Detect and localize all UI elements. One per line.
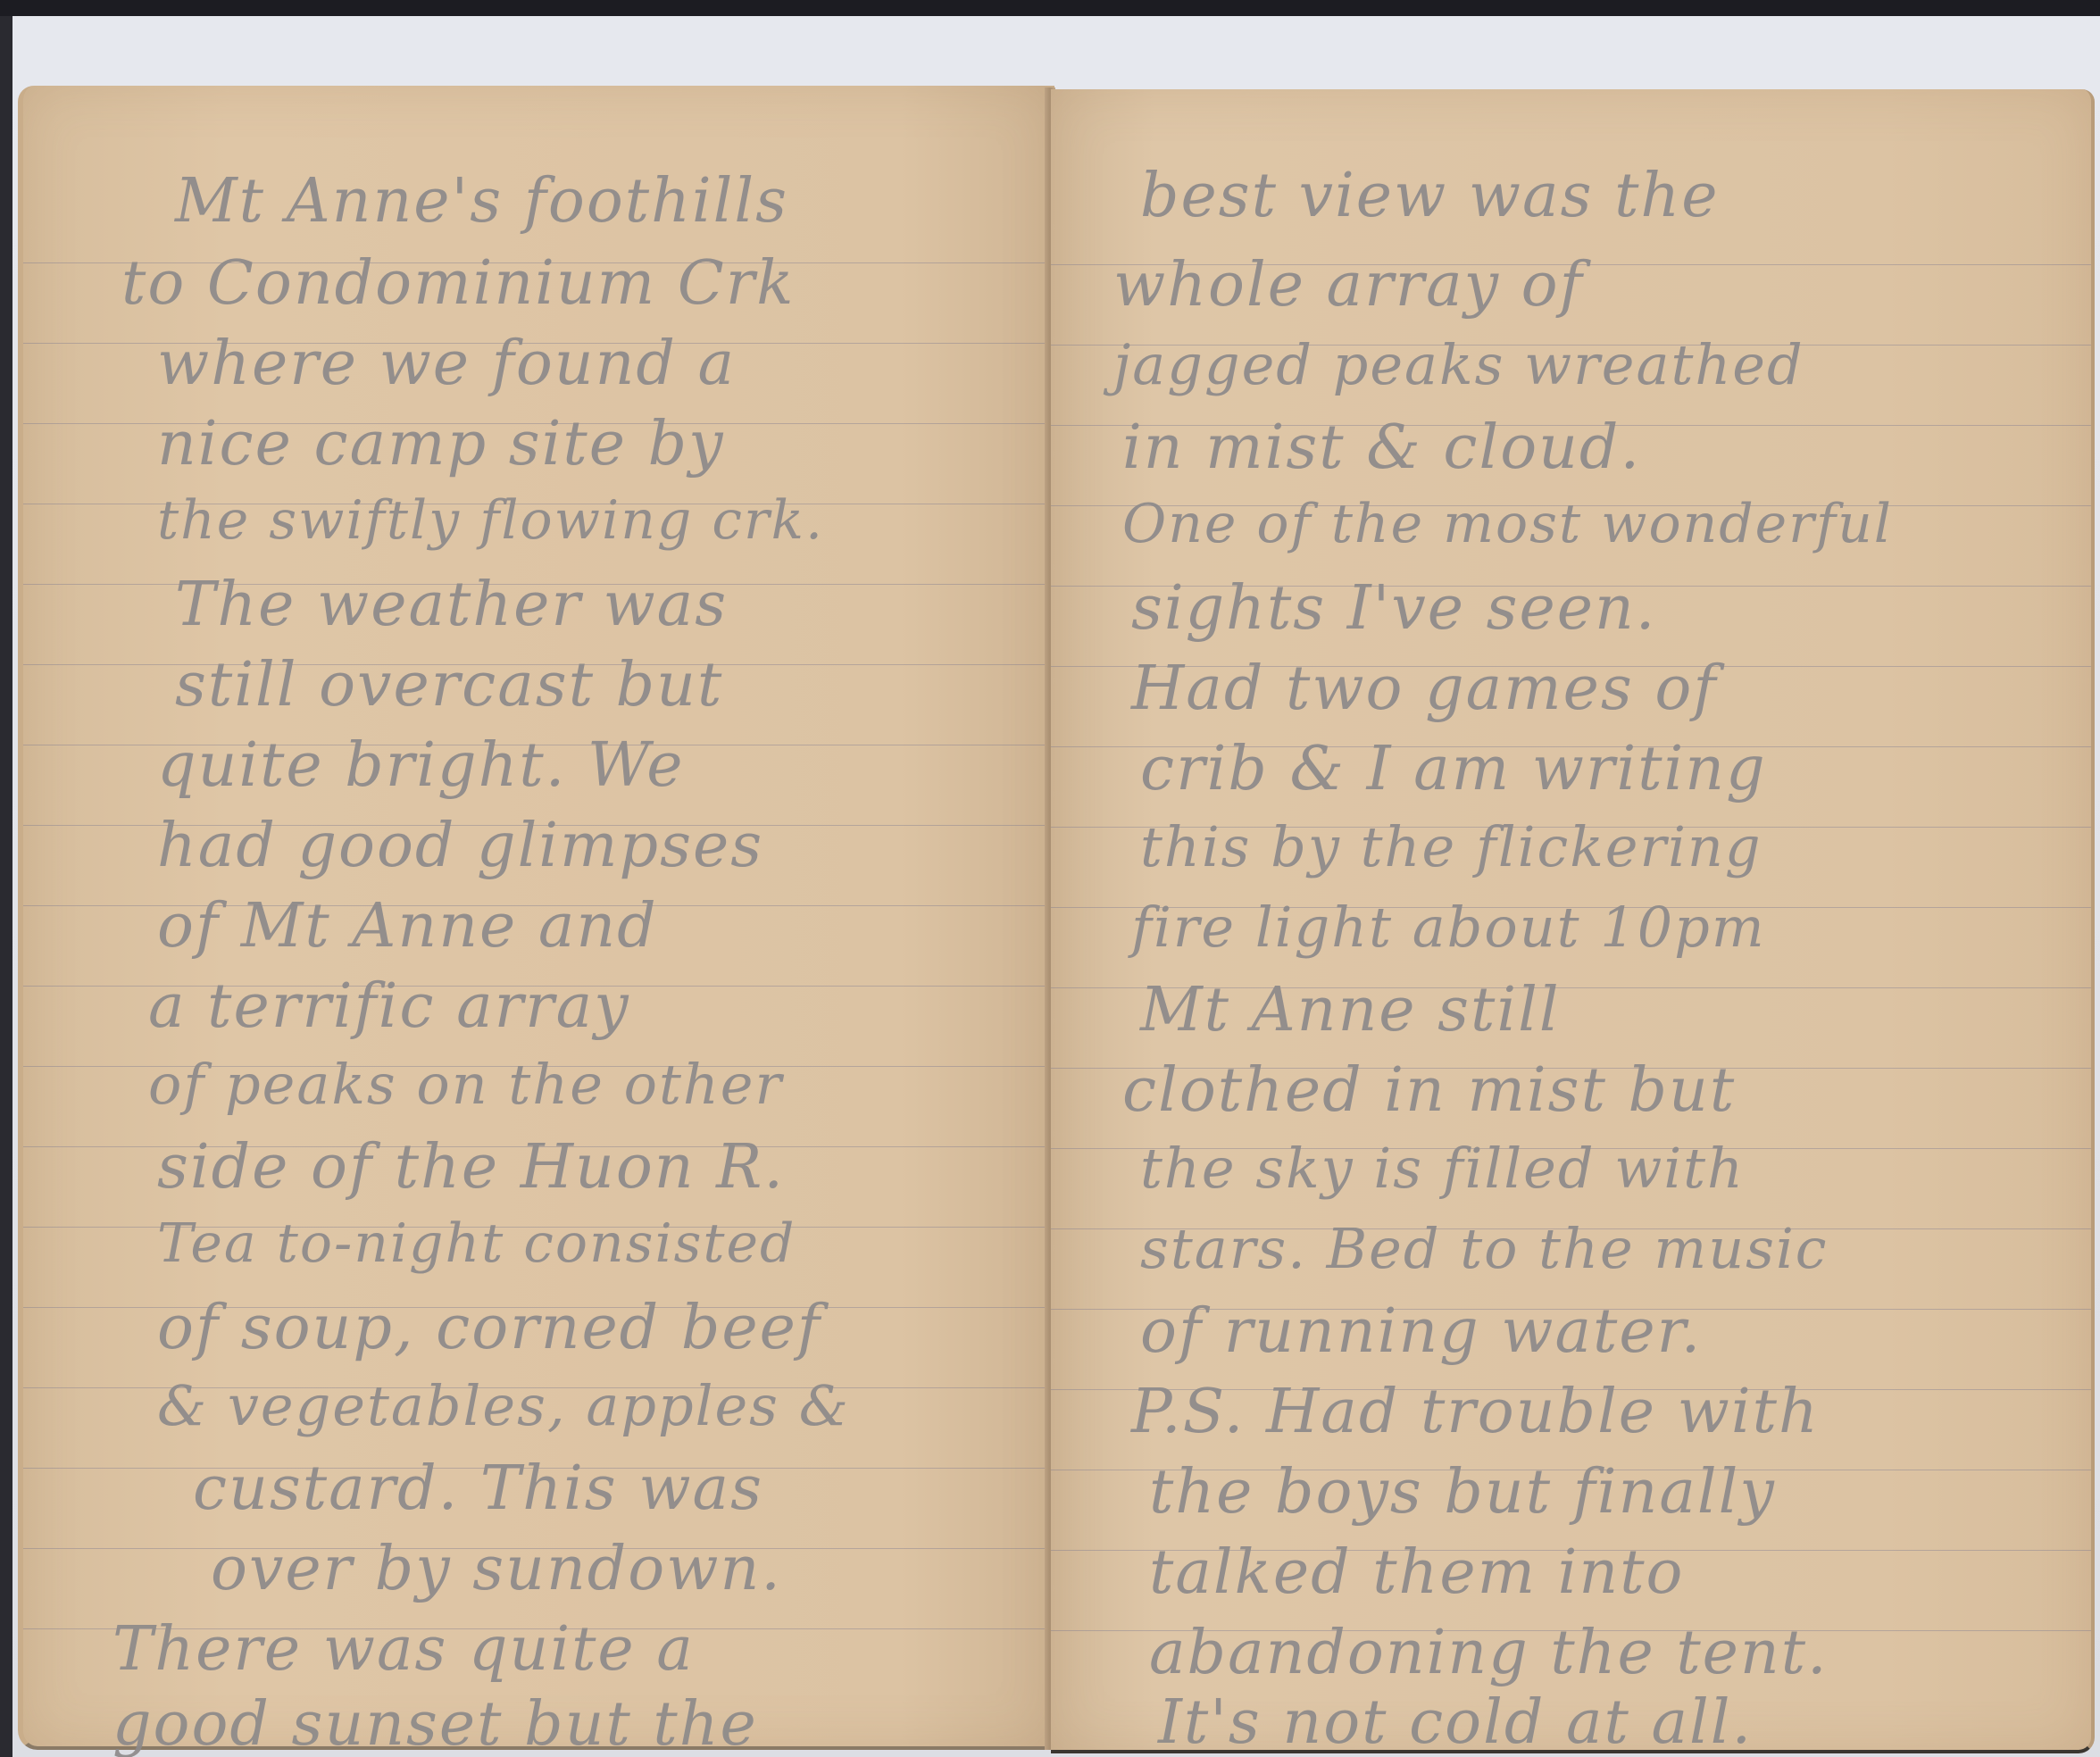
handwritten-line: P.S. Had trouble with (1131, 1377, 1820, 1447)
handwritten-line: jagged peaks wreathed (1113, 332, 1804, 397)
handwritten-line: Tea to-night consisted (157, 1212, 796, 1275)
handwritten-line: where we found a (157, 329, 736, 399)
handwritten-line: quite bright. We (157, 730, 685, 801)
handwritten-line: It's not cold at all. (1158, 1687, 1753, 1757)
left-page: Mt Anne's foothills to Condominium Crk w… (18, 86, 1054, 1750)
handwritten-line: side of the Huon R. (157, 1132, 785, 1203)
handwritten-line: There was quite a (112, 1614, 695, 1685)
handwritten-line: custard. This was (193, 1453, 763, 1524)
handwritten-line: still overcast but (175, 650, 723, 720)
handwritten-line: talked them into (1149, 1537, 1684, 1608)
notebook-spread: Mt Anne's foothills to Condominium Crk w… (18, 79, 2094, 1739)
handwritten-line: abandoning the tent. (1149, 1618, 1829, 1688)
handwritten-line: fire light about 10pm (1131, 895, 1766, 960)
handwritten-line: of peaks on the other (148, 1052, 783, 1117)
handwritten-line: of running water. (1140, 1296, 1702, 1367)
handwritten-line: Mt Anne still (1140, 975, 1561, 1045)
handwritten-line: nice camp site by (157, 409, 725, 479)
handwritten-line: stars. Bed to the music (1140, 1216, 1829, 1281)
handwritten-line: Mt Anne's foothills (175, 166, 788, 237)
handwritten-line: Had two games of (1131, 654, 1717, 724)
handwritten-line: clothed in mist but (1122, 1055, 1736, 1126)
handwritten-line: crib & I am writing (1140, 734, 1767, 804)
handwritten-line: whole array of (1113, 250, 1584, 321)
right-page: best view was the whole array of jagged … (1051, 89, 2095, 1753)
handwritten-line: a terrific array (148, 971, 630, 1042)
handwritten-line: to Condominium Crk (121, 248, 796, 319)
handwritten-line: in mist & cloud. (1122, 412, 1641, 483)
handwritten-line: over by sundown. (211, 1534, 782, 1604)
handwritten-line: the swiftly flowing crk. (157, 489, 824, 552)
scan-top-border (0, 0, 2100, 16)
scan-left-border (0, 16, 12, 1757)
handwritten-line: One of the most wonderful (1122, 493, 1893, 555)
handwritten-line: this by the flickering (1140, 814, 1762, 879)
handwritten-line: the boys but finally (1149, 1457, 1776, 1528)
handwritten-line: had good glimpses (157, 811, 763, 881)
handwritten-line: & vegetables, apples & (157, 1373, 850, 1438)
handwritten-line: best view was the (1140, 161, 1719, 231)
handwritten-line: sights I've seen. (1131, 573, 1656, 644)
handwritten-line: the sky is filled with (1140, 1136, 1745, 1201)
handwritten-line: of soup, corned beef (157, 1293, 821, 1363)
handwritten-line: good sunset but the (112, 1689, 758, 1757)
handwritten-line: of Mt Anne and (157, 891, 658, 962)
handwritten-line: The weather was (175, 570, 728, 640)
